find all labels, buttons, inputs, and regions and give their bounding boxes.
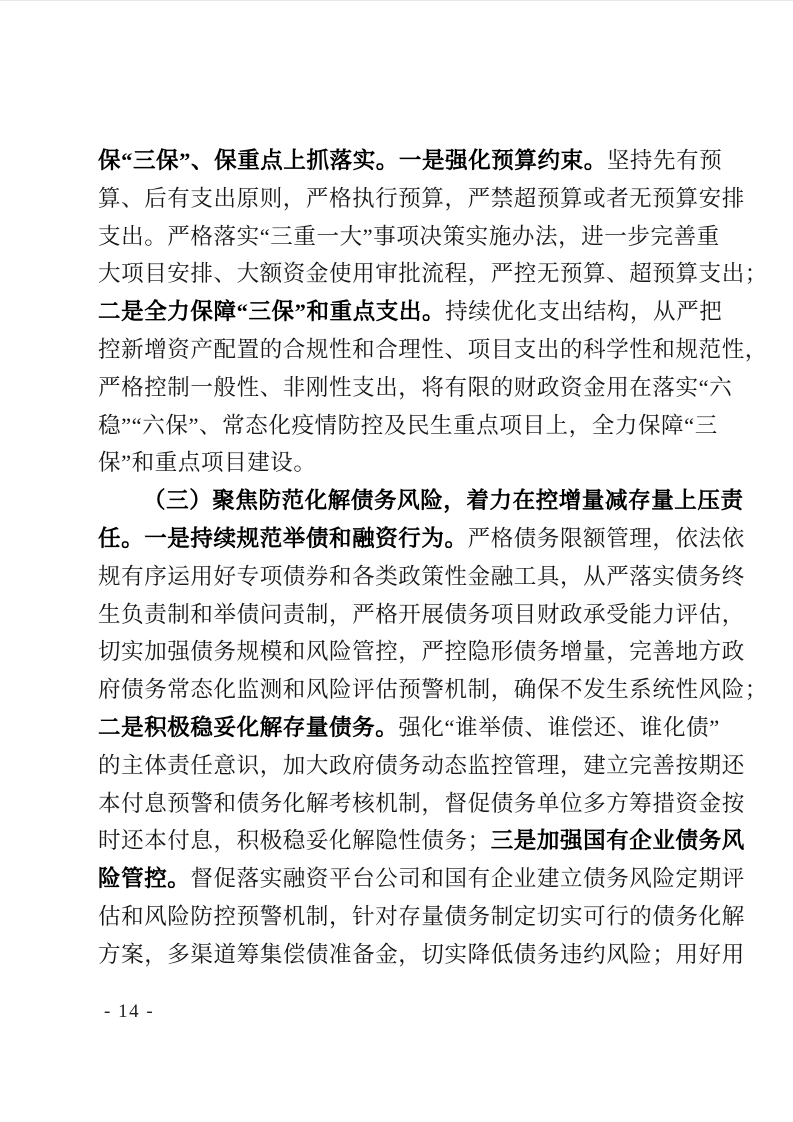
text-run: 督促落实融资平台公司和国有企业建立债务风险定期评: [190, 866, 744, 891]
text-line: 二是全力保障“三保”和重点支出。持续优化支出结构，从严把: [98, 293, 714, 331]
text-run: 持续优化支出结构，从严把: [445, 299, 722, 324]
text-line: （三）聚焦防范化解债务风险，着力在控增量减存量上压责: [98, 482, 714, 520]
text-run: 强化“谁举债、谁偿还、谁化债”: [398, 715, 719, 740]
text-line: 保”和重点项目建设。: [98, 444, 714, 482]
text-run: 生负责制和举债问责制，严格开展债务项目财政承受能力评估，: [98, 602, 745, 627]
text-run: 规有序运用好专项债券和各类政策性金融工具，从严落实债务终: [98, 564, 745, 589]
text-run: 时还本付息，积极稳妥化解隐性债务；: [98, 828, 491, 853]
text-line: 任。一是持续规范举债和融资行为。严格债务限额管理，依法依: [98, 520, 714, 558]
text-line: 本付息预警和债务化解考核机制，督促债务单位多方筹措资金按: [98, 785, 714, 823]
para-budget-discipline: 保“三保”、保重点上抓落实。一是强化预算约束。坚持先有预算、后有支出原则，严格执…: [98, 142, 714, 482]
text-line: 算、后有支出原则，严格执行预算，严禁超预算或者无预算安排: [98, 180, 714, 218]
page-number: - 14 -: [104, 1001, 154, 1023]
text-run: 控新增资产配置的合规性和合理性、项目支出的科学性和规范性，: [98, 337, 768, 362]
text-line: 府债务常态化监测和风险评估预警机制，确保不发生系统性风险；: [98, 671, 714, 709]
text-run: 的主体责任意识，加大政府债务动态监控管理，建立完善按期还: [98, 753, 745, 778]
text-run: 支出。严格落实“三重一大”事项决策实施办法，进一步完善重: [98, 224, 720, 249]
emphasized-text-run: 二是全力保障“三保”和重点支出。: [98, 299, 445, 324]
text-line: 时还本付息，积极稳妥化解隐性债务；三是加强国有企业债务风: [98, 822, 714, 860]
emphasized-text-run: 二是积极稳妥化解存量债务。: [98, 715, 398, 740]
text-line: 方案，多渠道筹集偿债准备金，切实降低债务违约风险；用好用: [98, 936, 714, 974]
text-line: 切实加强债务规模和风险管控，严控隐形债务增量，完善地方政: [98, 633, 714, 671]
text-line: 大项目安排、大额资金使用审批流程，严控无预算、超预算支出；: [98, 255, 714, 293]
text-line: 估和风险防控预警机制，针对存量债务制定切实可行的债务化解: [98, 898, 714, 936]
text-line: 严格控制一般性、非刚性支出，将有限的财政资金用在落实“六: [98, 369, 714, 407]
emphasized-text-run: 保“三保”、保重点上抓落实。一是强化预算约束。: [98, 148, 607, 173]
text-run: 坚持先有预: [607, 148, 723, 173]
text-run: 算、后有支出原则，严格执行预算，严禁超预算或者无预算安排: [98, 186, 745, 211]
text-run: 估和风险防控预警机制，针对存量债务制定切实可行的债务化解: [98, 904, 745, 929]
text-line: 险管控。督促落实融资平台公司和国有企业建立债务风险定期评: [98, 860, 714, 898]
para-debt-risk: （三）聚焦防范化解债务风险，着力在控增量减存量上压责任。一是持续规范举债和融资行…: [98, 482, 714, 973]
text-run: 切实加强债务规模和风险管控，严控隐形债务增量，完善地方政: [98, 639, 745, 664]
emphasized-text-run: 任。一是持续规范举债和融资行为。: [98, 526, 468, 551]
text-line: 二是积极稳妥化解存量债务。强化“谁举债、谁偿还、谁化债”: [98, 709, 714, 747]
text-line: 保“三保”、保重点上抓落实。一是强化预算约束。坚持先有预: [98, 142, 714, 180]
text-line: 控新增资产配置的合规性和合理性、项目支出的科学性和规范性，: [98, 331, 714, 369]
text-run: 保”和重点项目建设。: [98, 450, 317, 475]
text-run: 严格债务限额管理，依法依: [468, 526, 745, 551]
emphasized-text-run: 三是加强国有企业债务风: [491, 828, 745, 853]
emphasized-text-run: （三）聚焦防范化解债务风险，着力在控增量减存量上压责: [143, 488, 744, 513]
text-run: 本付息预警和债务化解考核机制，督促债务单位多方筹措资金按: [98, 791, 745, 816]
emphasized-text-run: 险管控。: [98, 866, 190, 891]
text-line: 的主体责任意识，加大政府债务动态监控管理，建立完善按期还: [98, 747, 714, 785]
text-run: 大项目安排、大额资金使用审批流程，严控无预算、超预算支出；: [98, 261, 768, 286]
text-line: 生负责制和举债问责制，严格开展债务项目财政承受能力评估，: [98, 596, 714, 634]
document-body-text: 保“三保”、保重点上抓落实。一是强化预算约束。坚持先有预算、后有支出原则，严格执…: [98, 142, 714, 974]
text-line: 支出。严格落实“三重一大”事项决策实施办法，进一步完善重: [98, 218, 714, 256]
text-run: 严格控制一般性、非刚性支出，将有限的财政资金用在落实“六: [98, 375, 732, 400]
text-run: 府债务常态化监测和风险评估预警机制，确保不发生系统性风险；: [98, 677, 768, 702]
text-run: 方案，多渠道筹集偿债准备金，切实降低债务违约风险；用好用: [98, 942, 745, 967]
text-line: 稳”“六保”、常态化疫情防控及民生重点项目上，全力保障“三: [98, 407, 714, 445]
text-run: 稳”“六保”、常态化疫情防控及民生重点项目上，全力保障“三: [98, 413, 718, 438]
document-page: 保“三保”、保重点上抓落实。一是强化预算约束。坚持先有预算、后有支出原则，严格执…: [0, 0, 793, 1122]
text-line: 规有序运用好专项债券和各类政策性金融工具，从严落实债务终: [98, 558, 714, 596]
